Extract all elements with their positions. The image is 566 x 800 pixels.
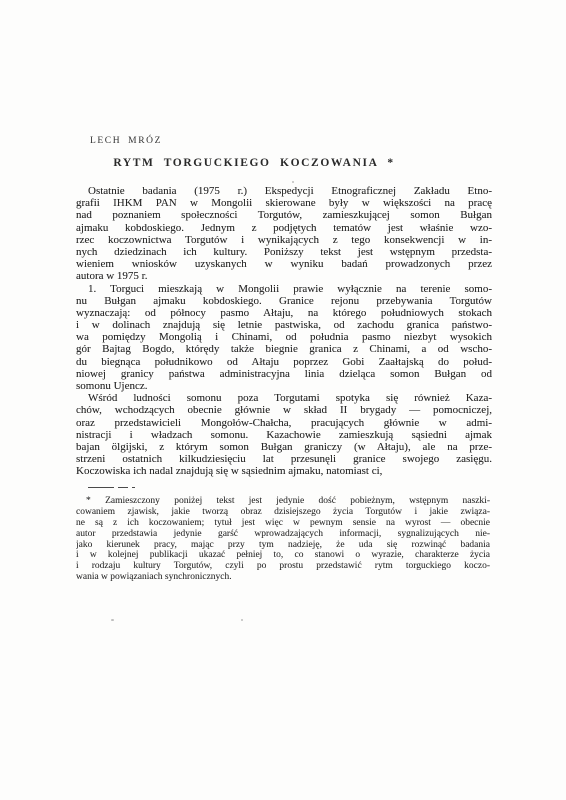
text-line: autora w 1975 r. [76,270,492,282]
article-title: RYTM TORGUCKIEGO KOCZOWANIA * [46,157,462,169]
text-line: wa pomiędzy Mongolią i Chinami, od połud… [76,331,492,343]
text-line: niowej granicy państwa administracyjna l… [76,368,492,380]
text-line: jako kierunek pracy, mając przy tym nadz… [76,540,490,551]
text-line: i w kolejnej publikacji ukazać pełniej t… [76,550,490,561]
text-line: gór Bajtag Bogdo, którędy także biegnie … [76,343,492,355]
separator-segment [118,487,128,488]
author-name: LECH MRÓZ [90,136,162,146]
text-line: wieniem wniosków uzyskanych w wyniku bad… [76,258,492,270]
text-line: bajan ölgijski, z którym somon Bułgan gr… [76,441,492,453]
text-line: 1. Torguci mieszkają w Mongolii prawie w… [76,283,492,295]
text-line: * Zamieszczony poniżej tekst jest jedyni… [76,496,490,507]
text-line: i rodzaju kultury Torgutów, czyli po pro… [76,561,490,572]
scan-artifact [241,619,243,621]
text-line: du biegnąca południkowo od Ałtaju poprze… [76,356,492,368]
text-line: Ostatnie badania (1975 r.) Ekspedycji Et… [76,185,492,197]
text-line: cowaniem zjawisk, jakie tworzą obraz dzi… [76,507,490,518]
text-line: wania w powiązaniach synchronicznych. [76,572,490,583]
text-line: oraz przedstawicieli Mongołów-Chałcha, p… [76,417,492,429]
footnote: * Zamieszczony poniżej tekst jest jedyni… [76,496,490,583]
text-line: ne są z ich koczowaniem; tytuł jest więc… [76,518,490,529]
scan-artifact [292,181,294,183]
text-line: Koczowiska ich nadal znajdują się w sąsi… [76,465,492,477]
separator-segment [88,487,114,488]
text-line: rzec koczownictwa Torgutów i wynikającyc… [76,234,492,246]
text-line: nu Bułgan ajmaku kobdoskiego. Granice re… [76,295,492,307]
scanned-page: LECH MRÓZ RYTM TORGUCKIEGO KOCZOWANIA * … [0,0,566,800]
text-line: grafii IHKM PAN w Mongolii skierowane by… [76,197,492,209]
text-line: chów, wchodzących obecnie głównie w skła… [76,404,492,416]
text-line: nistracji i władzach somonu. Kazachowie … [76,429,492,441]
text-line: Wśród ludności somonu poza Torgutami spo… [76,392,492,404]
footnote-separator [88,487,135,488]
scan-artifact [111,619,114,621]
text-line: nad poznaniem społeczności Torgutów, zam… [76,209,492,221]
text-line: wyznaczają: od północy pasmo Ałtaju, na … [76,307,492,319]
text-line: autor przedstawia jedynie garść wprowadz… [76,529,490,540]
article-body: Ostatnie badania (1975 r.) Ekspedycji Et… [76,185,492,478]
text-line: somonu Ujencz. [76,380,492,392]
text-line: ajmaku kobdoskiego. Jednym z podjętych t… [76,222,492,234]
separator-segment [132,487,135,488]
text-line: strzeni ostatnich kilkudziesięciu lat pr… [76,453,492,465]
text-line: nych dziedzinach ich kultury. Poniższy t… [76,246,492,258]
text-line: i w dolinach znajdują się letnie pastwis… [76,319,492,331]
